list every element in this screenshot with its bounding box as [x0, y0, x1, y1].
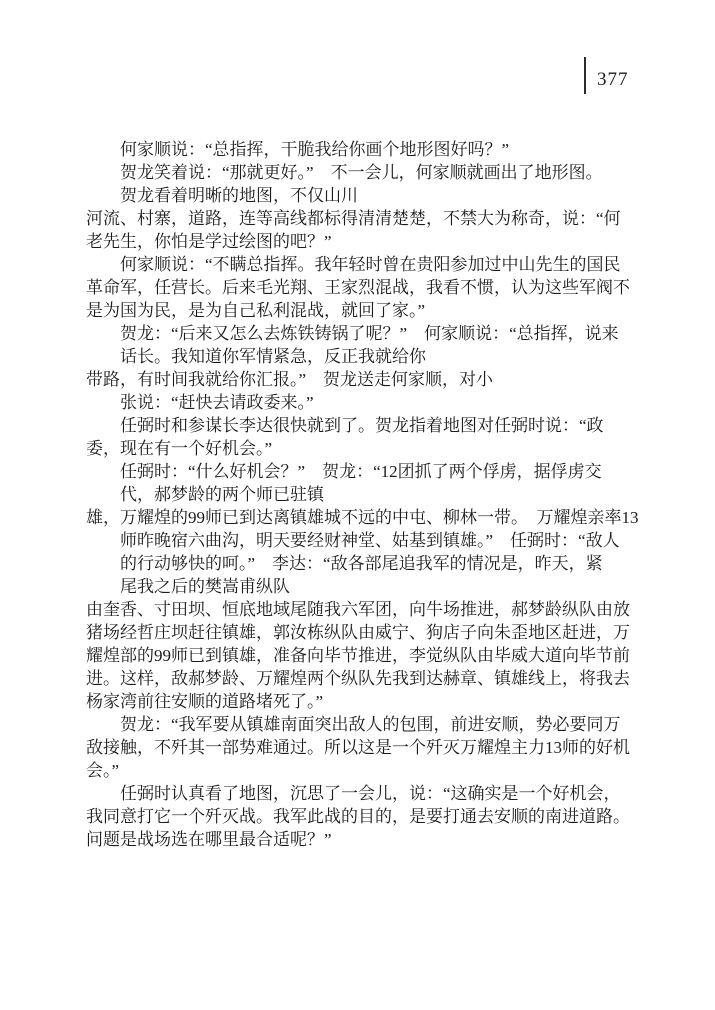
text-line: 师昨晚宿六曲沟，明天要经财神堂、姑基到镇雄。” 任弼时：“敌人	[86, 529, 671, 552]
text-line: 革命军，任营长。后来毛光翔、王家烈混战，我看不惯，认为这些军阀不	[86, 276, 671, 299]
text-line: 敌接触，不歼其一部势难通过。所以这是一个歼灭万耀煌主力13师的好机	[86, 736, 671, 759]
text-line: 尾我之后的樊嵩甫纵队	[86, 575, 671, 598]
page-number: 377	[597, 61, 629, 91]
text-line: 杨家湾前往安顺的道路堵死了。”	[86, 690, 671, 713]
text-line: 话长。我知道你军情紧急，反正我就给你	[86, 345, 671, 368]
book-page: 377 何家顺说：“总指挥，干脆我给你画个地形图好吗？”贺龙笑着说：“那就更好。…	[0, 0, 715, 1010]
text-line: 委，现在有一个好机会。”	[86, 437, 671, 460]
text-line: 任弼时认真看了地图，沉思了一会儿，说：“这确实是一个好机会，	[86, 782, 671, 805]
text-line: 何家顺说：“不瞒总指挥。我年轻时曾在贵阳参加过中山先生的国民	[86, 253, 671, 276]
text-line: 贺龙：“后来又怎么去炼铁铸锅了呢？” 何家顺说：“总指挥，说来	[86, 322, 671, 345]
page-number-rule	[584, 57, 586, 94]
text-line: 耀煌部的99师已到镇雄，准备向毕节推进，李觉纵队由毕威大道向毕节前	[86, 644, 671, 667]
text-line: 任弼时：“什么好机会？” 贺龙：“12团抓了两个俘虏，据俘虏交	[86, 460, 671, 483]
text-line: 贺龙看着明晰的地图，不仅山川	[86, 184, 671, 207]
text-line: 代，郝梦龄的两个师已驻镇	[86, 483, 671, 506]
text-line: 张说：“赶快去请政委来。”	[86, 391, 671, 414]
text-line: 进。这样，敌郝梦龄、万耀煌两个纵队先我到达赫章、镇雄线上，将我去	[86, 667, 671, 690]
text-line: 由奎香、寸田坝、恒底地域尾随我六军团，向牛场推进，郝梦龄纵队由放	[86, 598, 671, 621]
text-line: 会。”	[86, 759, 671, 782]
text-line: 问题是战场选在哪里最合适呢？”	[86, 828, 671, 851]
text-line: 贺龙：“我军要从镇雄南面突出敌人的包围，前进安顺，势必要同万	[86, 713, 671, 736]
text-line: 贺龙笑着说：“那就更好。” 不一会儿，何家顺就画出了地形图。	[86, 161, 671, 184]
text-line: 我同意打它一个歼灭战。我军此战的目的，是要打通去安顺的南进道路。	[86, 805, 671, 828]
text-line: 河流、村寨，道路，连等高线都标得清清楚楚，不禁大为称奇，说：“何	[86, 207, 671, 230]
text-line: 带路，有时间我就给你汇报。” 贺龙送走何家顺，对小	[86, 368, 671, 391]
page-body-text: 何家顺说：“总指挥，干脆我给你画个地形图好吗？”贺龙笑着说：“那就更好。” 不一…	[86, 138, 671, 851]
text-line: 雄，万耀煌的99师已到达离镇雄城不远的中屯、柳林一带。 万耀煌亲率13	[86, 506, 671, 529]
text-line: 任弼时和参谋长李达很快就到了。贺龙指着地图对任弼时说：“政	[86, 414, 671, 437]
text-line: 老先生，你怕是学过绘图的吧？”	[86, 230, 671, 253]
text-line: 何家顺说：“总指挥，干脆我给你画个地形图好吗？”	[86, 138, 671, 161]
text-line: 猪场经哲庄坝赶往镇雄，郭汝栋纵队由威宁、狗店子向朱歪地区赶进，万	[86, 621, 671, 644]
page-number-block: 377	[584, 57, 629, 94]
text-line: 的行动够快的呵。” 李达：“敌各部尾追我军的情况是，昨天，紧	[86, 552, 671, 575]
text-line: 是为国为民，是为自己私利混战，就回了家。”	[86, 299, 671, 322]
